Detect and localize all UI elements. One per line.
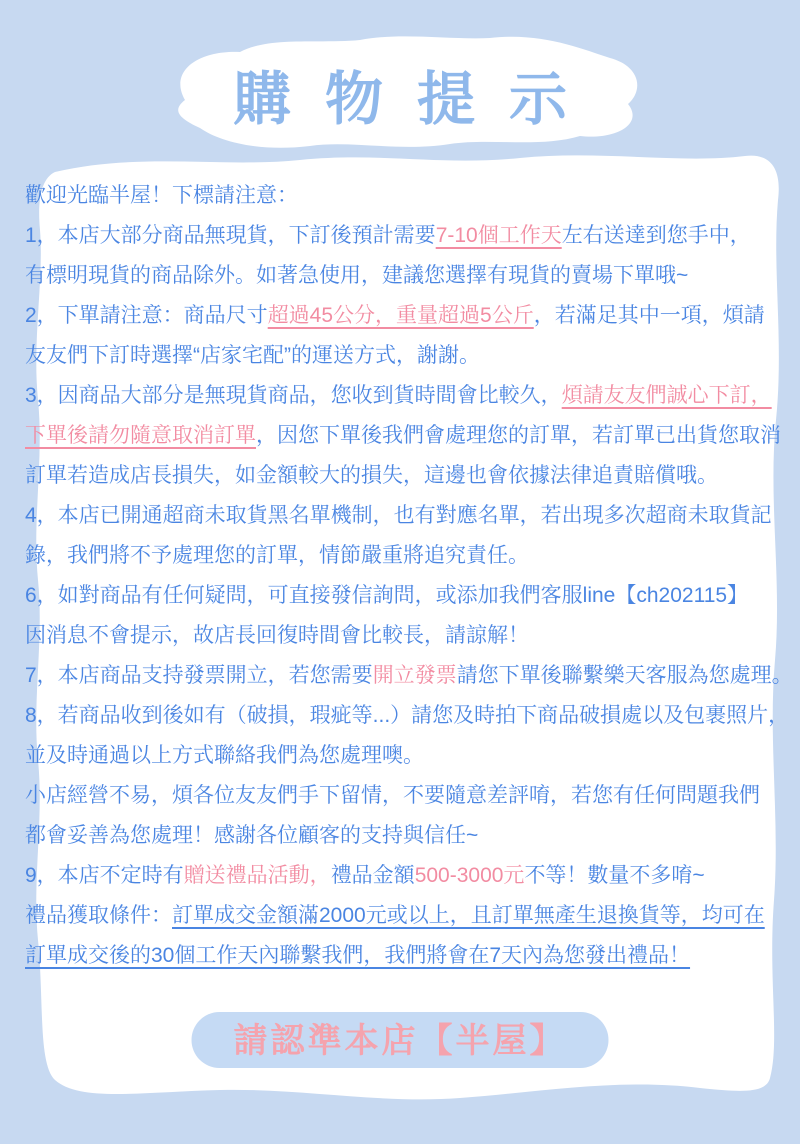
notice-segment: 禮品獲取條件： — [25, 904, 172, 927]
notice-segment: 7，本店商品支持發票開立，若您需要 — [25, 664, 373, 687]
notice-line: 歡迎光臨半屋！下標請注意： — [25, 176, 790, 216]
notice-segment: 煩請友友們誠心下訂， — [562, 384, 772, 407]
notice-line: 4，本店已開通超商未取貨黑名單機制，也有對應名單，若出現多次超商未取貨記 — [25, 496, 790, 536]
notice-line: 9，本店不定時有贈送禮品活動，禮品金額500-3000元不等！數量不多唷~ — [25, 856, 790, 896]
notice-line: 6，如對商品有任何疑問，可直接發信詢問，或添加我們客服line【ch202115… — [25, 576, 790, 616]
notice-segment: 左右送達到您手中， — [562, 224, 751, 247]
notice-segment: 1，本店大部分商品無現貨，下訂後預計需要 — [25, 224, 436, 247]
notice-segment: 都會妥善為您處理！感謝各位顧客的支持與信任~ — [25, 824, 478, 847]
notice-text: 歡迎光臨半屋！下標請注意：1，本店大部分商品無現貨，下訂後預計需要7-10個工作… — [25, 176, 790, 976]
notice-line: 友友們下訂時選擇“店家宅配”的運送方式，謝謝。 — [25, 336, 790, 376]
notice-segment: 2，下單請注意：商品尺寸 — [25, 304, 268, 327]
notice-segment: 9，本店不定時有 — [25, 864, 184, 887]
notice-segment: 並及時通過以上方式聯絡我們為您處理噢。 — [25, 744, 424, 767]
notice-segment: 不等！數量不多唷~ — [524, 864, 704, 887]
notice-segment: 超過45公分，重量超過5公斤 — [268, 304, 534, 327]
notice-segment: 訂單成交後的30個工作天內聯繫我們，我們將會在7天內為您發出禮品！ — [25, 944, 690, 967]
notice-segment: 7-10個工作天 — [436, 224, 562, 247]
notice-segment: 開立發票 — [373, 664, 457, 687]
notice-segment: 下單後請勿隨意取消訂單 — [25, 424, 256, 447]
notice-line: 有標明現貨的商品除外。如著急使用，建議您選擇有現貨的賣場下單哦~ — [25, 256, 790, 296]
notice-segment: 請您下單後聯繫樂天客服為您處理。 — [457, 664, 793, 687]
notice-segment: 因消息不會提示，故店長回復時間會比較長，請諒解！ — [25, 624, 529, 647]
notice-line: 小店經營不易，煩各位友友們手下留情，不要隨意差評唷，若您有任何問題我們 — [25, 776, 790, 816]
notice-segment: 有標明現貨的商品除外。如著急使用，建議您選擇有現貨的賣場下單哦~ — [25, 264, 688, 287]
notice-line: 訂單若造成店長損失，如金額較大的損失，這邊也會依據法律追責賠償哦。 — [25, 456, 790, 496]
notice-line: 錄，我們將不予處理您的訂單，情節嚴重將追究責任。 — [25, 536, 790, 576]
notice-segment: 8，若商品收到後如有（破損，瑕疵等...）請您及時拍下商品破損處以及包裹照片， — [25, 704, 789, 727]
notice-segment: ，若滿足其中一項，煩請 — [534, 304, 765, 327]
notice-line: 因消息不會提示，故店長回復時間會比較長，請諒解！ — [25, 616, 790, 656]
notice-line: 3，因商品大部分是無現貨商品，您收到貨時間會比較久，煩請友友們誠心下訂， — [25, 376, 790, 416]
notice-segment: 錄，我們將不予處理您的訂單，情節嚴重將追究責任。 — [25, 544, 529, 567]
notice-segment: 小店經營不易，煩各位友友們手下留情，不要隨意差評唷，若您有任何問題我們 — [25, 784, 760, 807]
store-name-badge: 請認準本店【半屋】 — [192, 1012, 609, 1068]
notice-line: 8，若商品收到後如有（破損，瑕疵等...）請您及時拍下商品破損處以及包裹照片， — [25, 696, 790, 736]
notice-segment: 禮品金額 — [331, 864, 415, 887]
notice-line: 並及時通過以上方式聯絡我們為您處理噢。 — [25, 736, 790, 776]
notice-line: 都會妥善為您處理！感謝各位顧客的支持與信任~ — [25, 816, 790, 856]
notice-segment: 訂單成交金額滿2000元或以上，且訂單無產生退換貨等，均可在 — [172, 904, 765, 927]
notice-segment: 6，如對商品有任何疑問，可直接發信詢問，或添加我們客服line【ch202115… — [25, 584, 748, 607]
page-title: 購物提示 — [0, 52, 800, 136]
notice-line: 下單後請勿隨意取消訂單，因您下單後我們會處理您的訂單，若訂單已出貨您取消 — [25, 416, 790, 456]
notice-line: 禮品獲取條件：訂單成交金額滿2000元或以上，且訂單無產生退換貨等，均可在 — [25, 896, 790, 936]
notice-segment: 3，因商品大部分是無現貨商品，您收到貨時間會比較久， — [25, 384, 562, 407]
notice-segment: 贈送禮品活動， — [184, 864, 331, 887]
notice-segment: 友友們下訂時選擇“店家宅配”的運送方式，謝謝。 — [25, 344, 480, 367]
notice-segment: ，因您下單後我們會處理您的訂單，若訂單已出貨您取消 — [256, 424, 781, 447]
notice-segment: 訂單若造成店長損失，如金額較大的損失，這邊也會依據法律追責賠償哦。 — [25, 464, 718, 487]
notice-line: 1，本店大部分商品無現貨，下訂後預計需要7-10個工作天左右送達到您手中， — [25, 216, 790, 256]
notice-line: 2，下單請注意：商品尺寸超過45公分，重量超過5公斤，若滿足其中一項，煩請 — [25, 296, 790, 336]
notice-segment: 歡迎光臨半屋！下標請注意： — [25, 184, 298, 207]
notice-segment: 4，本店已開通超商未取貨黑名單機制，也有對應名單，若出現多次超商未取貨記 — [25, 504, 772, 527]
notice-line: 7，本店商品支持發票開立，若您需要開立發票請您下單後聯繫樂天客服為您處理。 — [25, 656, 790, 696]
notice-line: 訂單成交後的30個工作天內聯繫我們，我們將會在7天內為您發出禮品！ — [25, 936, 790, 976]
notice-segment: 500-3000元 — [415, 864, 525, 887]
